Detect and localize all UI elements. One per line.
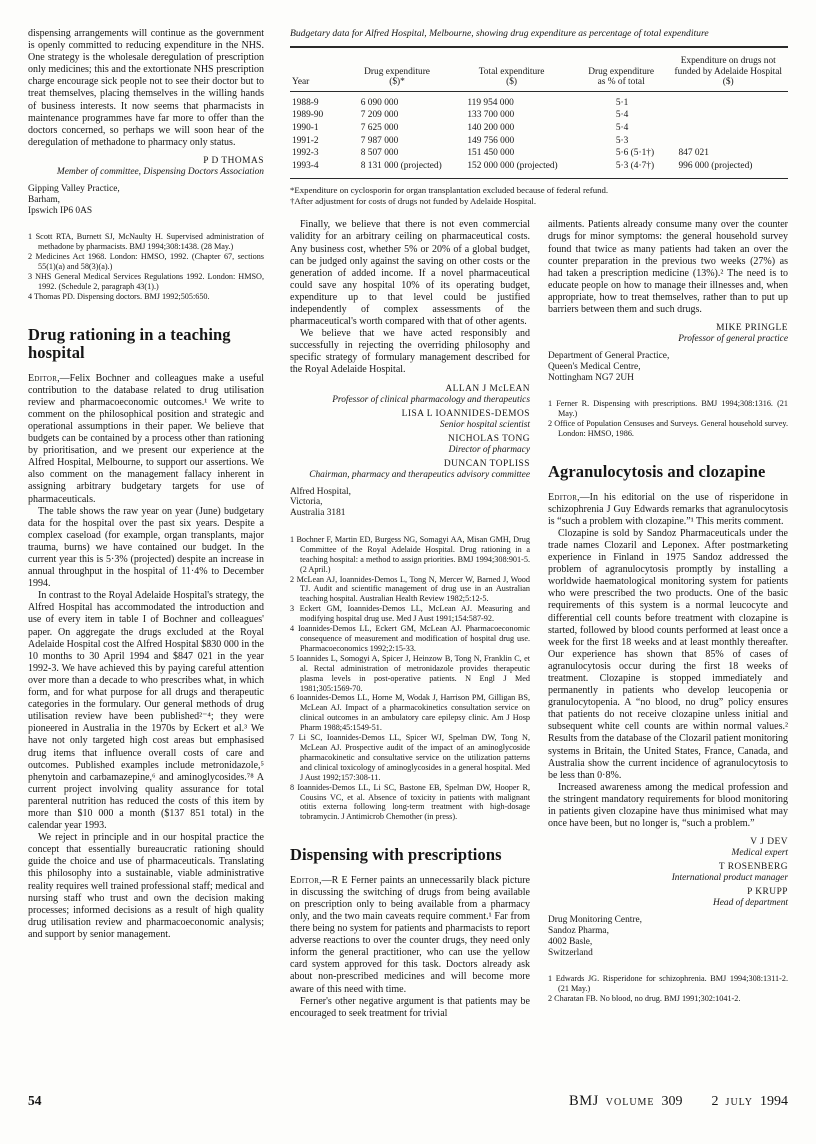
signature-role: Senior hospital scientist bbox=[290, 420, 530, 431]
author-address: Gipping Valley Practice, Barham, Ipswich… bbox=[28, 184, 264, 216]
cell-notfunded bbox=[668, 91, 788, 109]
cell-pct: 5·4 bbox=[574, 109, 669, 122]
reference-item: 3 Eckert GM, Ioannides-Demos LL, McLean … bbox=[290, 604, 530, 624]
reference-list: 1 Bochner F, Martin ED, Burgess NG, Soma… bbox=[290, 535, 530, 822]
table-row: 1992-3 8 507 000 151 450 000 5·6 (5·1†) … bbox=[290, 147, 788, 160]
letter-heading-clozapine: Agranulocytosis and clozapine bbox=[548, 463, 788, 481]
reference-item: 2 Charatan FB. No blood, no drug. BMJ 19… bbox=[548, 994, 788, 1004]
cell-year: 1993-4 bbox=[290, 160, 345, 179]
two-column-region: Finally, we believe that there is not ev… bbox=[290, 219, 788, 1019]
signature-block: MIKE PRINGLE Professor of general practi… bbox=[548, 323, 788, 345]
cell-year: 1988-9 bbox=[290, 91, 345, 109]
cell-notfunded bbox=[668, 135, 788, 148]
budget-table-block: Budgetary data for Alfred Hospital, Melb… bbox=[290, 28, 788, 207]
table-row: 1991-2 7 987 000 149 756 000 5·3 bbox=[290, 135, 788, 148]
signature: NICHOLAS TONG Director of pharmacy bbox=[290, 434, 530, 456]
cell-notfunded bbox=[668, 109, 788, 122]
signature-block: P D THOMAS Member of committee, Dispensi… bbox=[28, 156, 264, 178]
letter-methadone-continuation: dispensing arrangements will continue as… bbox=[28, 28, 264, 149]
paragraph: We reject in principle and in our hospit… bbox=[28, 832, 264, 941]
table-header-total-expenditure: Total expenditure ($) bbox=[449, 47, 574, 91]
paragraph: Clozapine is sold by Sandoz Pharmaceutic… bbox=[548, 528, 788, 782]
reference-item: 8 Ioannides-Demos LL, Li SC, Bastone EB,… bbox=[290, 783, 530, 823]
cell-total: 119 954 000 bbox=[449, 91, 574, 109]
signature-name: T ROSENBERG bbox=[548, 862, 788, 873]
table-header-year: Year bbox=[290, 47, 345, 91]
cell-year: 1989-90 bbox=[290, 109, 345, 122]
reference-item: 1 Bochner F, Martin ED, Burgess NG, Soma… bbox=[290, 535, 530, 575]
address-line: Drug Monitoring Centre, bbox=[548, 915, 788, 926]
reference-item: 2 Medicines Act 1968. London: HMSO, 1992… bbox=[28, 252, 264, 272]
signature-name: V J DEV bbox=[548, 837, 788, 848]
signature-name: MIKE PRINGLE bbox=[548, 323, 788, 334]
table-row: 1993-4 8 131 000 (projected) 152 000 000… bbox=[290, 160, 788, 179]
reference-list: 1 Edwards JG. Risperidone for schizophre… bbox=[548, 974, 788, 1004]
journal-name: BMJ bbox=[569, 1093, 599, 1110]
journal-page: dispensing arrangements will continue as… bbox=[0, 0, 816, 1144]
paragraph: Editor,—R E Ferner paints an unnecessari… bbox=[290, 875, 530, 996]
table-row: 1989-90 7 209 000 133 700 000 5·4 bbox=[290, 109, 788, 122]
cell-pct: 5·1 bbox=[574, 91, 669, 109]
journal-footer-line: BMJ VOLUME 309 2 JULY 1994 bbox=[569, 1093, 788, 1110]
paragraph: Editor,—Felix Bochner and colleagues mak… bbox=[28, 373, 264, 506]
signature: V J DEV Medical expert bbox=[548, 837, 788, 859]
signature: LISA L IOANNIDES-DEMOS Senior hospital s… bbox=[290, 409, 530, 431]
letter-heading-dispensing: Dispensing with prescriptions bbox=[290, 846, 530, 864]
table-header-not-funded: Expenditure on drugs not funded by Adela… bbox=[668, 47, 788, 91]
signature: DUNCAN TOPLISS Chairman, pharmacy and th… bbox=[290, 459, 530, 481]
volume-word: VOLUME bbox=[606, 1097, 655, 1108]
column-middle: Finally, we believe that there is not ev… bbox=[290, 219, 530, 1019]
address-line: Barham, bbox=[28, 195, 264, 206]
address-line: Victoria, bbox=[290, 497, 530, 508]
paragraph: Finally, we believe that there is not ev… bbox=[290, 219, 530, 328]
table-header-percent: Drug expenditure as % of total bbox=[574, 47, 669, 91]
cell-total: 152 000 000 (projected) bbox=[449, 160, 574, 179]
paragraph-continuation: ailments. Patients already consume many … bbox=[548, 219, 788, 316]
table-row: 1990-1 7 625 000 140 200 000 5·4 bbox=[290, 122, 788, 135]
paragraph: The table shows the raw year on year (Ju… bbox=[28, 506, 264, 591]
reference-item: 4 Thomas PD. Dispensing doctors. BMJ 199… bbox=[28, 292, 264, 302]
paragraph: Editor,—In his editorial on the use of r… bbox=[548, 492, 788, 528]
page-footer: 54 BMJ VOLUME 309 2 JULY 1994 bbox=[28, 1093, 788, 1110]
signature-name: ALLAN J McLEAN bbox=[290, 384, 530, 395]
reference-item: 1 Scott RTA, Burnett SJ, McNaulty H. Sup… bbox=[28, 232, 264, 252]
cell-year: 1990-1 bbox=[290, 122, 345, 135]
cell-drug: 8 507 000 bbox=[345, 147, 450, 160]
reference-item: 5 Ioannides L, Somogyi A, Spicer J, Hein… bbox=[290, 654, 530, 694]
signature-role: Medical expert bbox=[548, 848, 788, 859]
reference-list: 1 Scott RTA, Burnett SJ, McNaulty H. Sup… bbox=[28, 232, 264, 301]
issue-date-year: 1994 bbox=[760, 1094, 788, 1110]
address-line: Australia 3181 bbox=[290, 508, 530, 519]
cell-notfunded bbox=[668, 122, 788, 135]
column-left: dispensing arrangements will continue as… bbox=[28, 28, 264, 1020]
cell-total: 140 200 000 bbox=[449, 122, 574, 135]
reference-item: 1 Ferner R. Dispensing with prescription… bbox=[548, 399, 788, 419]
signature-block: V J DEV Medical expert T ROSENBERG Inter… bbox=[548, 837, 788, 909]
editor-label: Editor bbox=[28, 373, 57, 384]
signature-name: NICHOLAS TONG bbox=[290, 434, 530, 445]
reference-item: 6 Ioannides-Demos LL, Horne M, Wodak J, … bbox=[290, 693, 530, 733]
cell-total: 133 700 000 bbox=[449, 109, 574, 122]
signature-name: P KRUPP bbox=[548, 887, 788, 898]
reference-item: 7 Li SC, Ioannides-Demos LL, Spicer WJ, … bbox=[290, 733, 530, 783]
signature-role: Director of pharmacy bbox=[290, 445, 530, 456]
issue-date-month: JULY bbox=[726, 1097, 753, 1108]
volume-number: 309 bbox=[662, 1094, 683, 1110]
cell-total: 149 756 000 bbox=[449, 135, 574, 148]
cell-pct: 5·3 (4·7†) bbox=[574, 160, 669, 179]
address-line: Department of General Practice, bbox=[548, 351, 788, 362]
address-line: Nottingham NG7 2UH bbox=[548, 373, 788, 384]
address-line: Alfred Hospital, bbox=[290, 487, 530, 498]
letter-heading-drug-rationing: Drug rationing in a teaching hospital bbox=[28, 326, 264, 363]
reference-item: 4 Ioannides-Demos LL, Eckert GM, McLean … bbox=[290, 624, 530, 654]
cell-drug: 7 209 000 bbox=[345, 109, 450, 122]
signature-role: Head of department bbox=[548, 898, 788, 909]
cell-drug: 6 090 000 bbox=[345, 91, 450, 109]
table-title: Budgetary data for Alfred Hospital, Melb… bbox=[290, 28, 788, 39]
address-line: Switzerland bbox=[548, 948, 788, 959]
cell-drug: 7 987 000 bbox=[345, 135, 450, 148]
signature-role: Professor of clinical pharmacology and t… bbox=[290, 395, 530, 406]
main-right-region: Budgetary data for Alfred Hospital, Melb… bbox=[290, 28, 788, 1020]
paragraph: We believe that we have acted responsibl… bbox=[290, 328, 530, 376]
table-footnote: †After adjustment for costs of drugs not… bbox=[290, 196, 788, 207]
cell-pct: 5·4 bbox=[574, 122, 669, 135]
budget-table: Year Drug expenditure ($)* Total expendi… bbox=[290, 46, 788, 179]
table-footnotes: *Expenditure on cyclosporin for organ tr… bbox=[290, 185, 788, 207]
cell-drug: 8 131 000 (projected) bbox=[345, 160, 450, 179]
signature-block: ALLAN J McLEAN Professor of clinical pha… bbox=[290, 384, 530, 481]
reference-item: 2 McLean AJ, Ioannides-Demos L, Tong N, … bbox=[290, 575, 530, 605]
address-line: Gipping Valley Practice, bbox=[28, 184, 264, 195]
address-line: Ipswich IP6 0AS bbox=[28, 206, 264, 217]
signature-role: International product manager bbox=[548, 873, 788, 884]
column-right: ailments. Patients already consume many … bbox=[548, 219, 788, 1019]
address-line: Sandoz Pharma, bbox=[548, 926, 788, 937]
paragraph-text: ,—R E Ferner paints an unnecessarily bla… bbox=[290, 875, 530, 995]
editor-label: Editor bbox=[290, 875, 319, 886]
issue-date-day: 2 bbox=[712, 1094, 719, 1110]
signature-role: Member of committee, Dispensing Doctors … bbox=[28, 167, 264, 178]
cell-notfunded: 847 021 bbox=[668, 147, 788, 160]
paragraph-text: ,—Felix Bochner and colleagues make a us… bbox=[28, 373, 264, 505]
author-address: Department of General Practice, Queen's … bbox=[548, 351, 788, 383]
signature-role: Professor of general practice bbox=[548, 334, 788, 345]
table-footnote: *Expenditure on cyclosporin for organ tr… bbox=[290, 185, 788, 196]
signature: P KRUPP Head of department bbox=[548, 887, 788, 909]
paragraph: Increased awareness among the medical pr… bbox=[548, 782, 788, 830]
author-address: Drug Monitoring Centre, Sandoz Pharma, 4… bbox=[548, 915, 788, 958]
cell-pct: 5·6 (5·1†) bbox=[574, 147, 669, 160]
signature-name: LISA L IOANNIDES-DEMOS bbox=[290, 409, 530, 420]
table-header-drug-expenditure: Drug expenditure ($)* bbox=[345, 47, 450, 91]
editor-label: Editor bbox=[548, 492, 577, 503]
address-line: 4002 Basle, bbox=[548, 937, 788, 948]
signature-role: Chairman, pharmacy and therapeutics advi… bbox=[290, 470, 530, 481]
cell-total: 151 450 000 bbox=[449, 147, 574, 160]
cell-pct: 5·3 bbox=[574, 135, 669, 148]
cell-year: 1991-2 bbox=[290, 135, 345, 148]
reference-item: 2 Office of Population Censuses and Surv… bbox=[548, 419, 788, 439]
reference-item: 3 NHS General Medical Services Regulatio… bbox=[28, 272, 264, 292]
paragraph: Ferner's other negative argument is that… bbox=[290, 996, 530, 1020]
cell-drug: 7 625 000 bbox=[345, 122, 450, 135]
table-row: 1988-9 6 090 000 119 954 000 5·1 bbox=[290, 91, 788, 109]
address-line: Queen's Medical Centre, bbox=[548, 362, 788, 373]
paragraph-text: ,—In his editorial on the use of risperi… bbox=[548, 492, 788, 527]
page-number: 54 bbox=[28, 1093, 42, 1109]
cell-year: 1992-3 bbox=[290, 147, 345, 160]
signature: T ROSENBERG International product manage… bbox=[548, 862, 788, 884]
paragraph: In contrast to the Royal Adelaide Hospit… bbox=[28, 590, 264, 832]
reference-item: 1 Edwards JG. Risperidone for schizophre… bbox=[548, 974, 788, 994]
author-address: Alfred Hospital, Victoria, Australia 318… bbox=[290, 487, 530, 519]
signature-name: P D THOMAS bbox=[28, 156, 264, 167]
cell-notfunded: 996 000 (projected) bbox=[668, 160, 788, 179]
page-content: dispensing arrangements will continue as… bbox=[0, 0, 816, 1020]
signature: ALLAN J McLEAN Professor of clinical pha… bbox=[290, 384, 530, 406]
signature-name: DUNCAN TOPLISS bbox=[290, 459, 530, 470]
reference-list: 1 Ferner R. Dispensing with prescription… bbox=[548, 399, 788, 439]
